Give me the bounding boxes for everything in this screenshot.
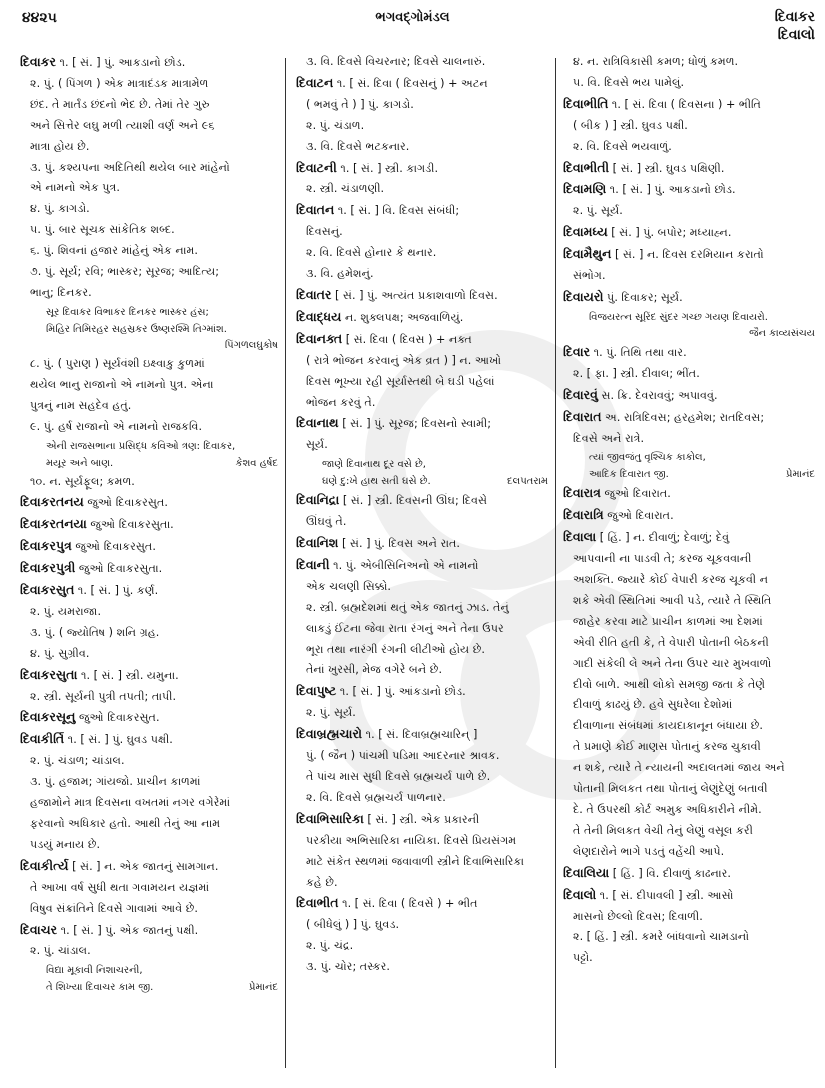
continuation-line: દીવાળાના સંબંધમાં કાયદાકાનૂન બંધાયા છે. bbox=[563, 716, 815, 737]
quote-text: આદિક દિવારાત જી. bbox=[589, 466, 669, 483]
headword: દિવાકરપુત્રી bbox=[20, 560, 75, 575]
continuation-line: ( બીક ) ] સ્ત્રી. ઘુવડ પક્ષી. bbox=[563, 116, 815, 137]
definition-text: [ સં. ] પું. બપોર; મધ્યાહ્ન. bbox=[608, 226, 732, 239]
continuation-line: લેણદારોને ભાગે પડતું વહેંચી આપે. bbox=[563, 842, 815, 863]
citation-line: ઘણે દુ:ખે હાથ સતી ઘસે છે.દલપતરામ bbox=[296, 473, 548, 490]
definition-text: ૧. [ સં. દિવા ( દિવસનું ) + અટન bbox=[333, 77, 487, 90]
sense-line: ૫. વિ. દિવસે ભય પામેલું. bbox=[563, 73, 815, 94]
dictionary-entry: દિવાકરતનય જુઓ દિવાકરસુત. bbox=[20, 492, 278, 514]
citation-line: આદિક દિવારાત જી.પ્રેમાનંદ bbox=[563, 466, 815, 483]
continuation-line: પરકીયા અભિસારિકા નાયિકા. દિવસે પ્રિયસંગમ bbox=[296, 831, 548, 852]
sense-line: ૪. પું. સુગ્રીવ. bbox=[20, 644, 278, 665]
dictionary-entry: દિવાકરપુત્રી જુઓ દિવાકરસુતા. bbox=[20, 558, 278, 580]
citation-source: પિંગળલઘુકોષ bbox=[20, 338, 278, 354]
continuation-line: હજામોને માત્ર દિવસના વખતમાં નગર વગેરેમાં bbox=[20, 793, 278, 814]
dictionary-entry: દિવાચર ૧. [ સં. ] પું. એક જાતનું પક્ષી. bbox=[20, 920, 278, 942]
definition-text: ૧. [ સં. ] પું. આકડાનો છોડ. bbox=[56, 56, 185, 69]
definition-text: જુઓ દિવાકરસુત. bbox=[72, 540, 156, 553]
headword: દિવાકીર્ત્ય bbox=[20, 858, 69, 873]
citation-line: મયૂર અને બાણ.કેશવ હર્ષદ bbox=[20, 455, 278, 472]
continuation-line: એવી રીતિ હતી કે, તે વેપારી પોતાની બેઠકની bbox=[563, 633, 815, 654]
citation-source: દલપતરામ bbox=[507, 473, 548, 490]
definition-text: ૧. [ સં. દિવાબ્રહ્મચારિન્ ] bbox=[362, 728, 477, 741]
sense-line: ૨. સ્ત્રી. સૂર્યની પુત્રી તપતી; તાપી. bbox=[20, 687, 278, 708]
sense-line: ૩. પું. કશ્યપના અદિતિથી થયેલ બાર માંહેનો bbox=[20, 158, 278, 179]
sense-line: ૨. પું. સૂર્ય. bbox=[563, 201, 815, 222]
dictionary-entry: દિવારાત્ર જુઓ દિવારાત. bbox=[563, 483, 815, 505]
continuation-line: તે પ્રમાણે કોઈ માણસ પોતાનું કરજ ચુકાવી bbox=[563, 737, 815, 758]
definition-text: જુઓ દિવાકરસુત. bbox=[84, 496, 168, 509]
headword: દિવાની bbox=[296, 557, 330, 572]
headword: દિવારાત bbox=[563, 409, 601, 424]
continuation-line: ન શકે, ત્યારે તે ન્યાયની અદાલતમાં જાય અન… bbox=[563, 758, 815, 779]
headword: દિવાબ્રહ્મચારો bbox=[296, 726, 362, 741]
dictionary-entry: દિવારાત અ. રાત્રિદિવસ; હરહમેશ; રાતદિવસ; bbox=[563, 407, 815, 429]
continuation-line: તે પાંચ માસ સુધી દિવસે બ્રહ્મચર્ય પાળે છ… bbox=[296, 767, 548, 788]
headword: દિવાલિયા bbox=[563, 865, 609, 880]
headword: દિવાકરસુતા bbox=[20, 667, 77, 682]
quote-line: જાણે દિવાનાથ દૂર વસે છે, bbox=[296, 456, 548, 473]
definition-text: [ હિં. ] વિ. દીવાળું કાઢનાર. bbox=[609, 867, 731, 880]
continuation-line: ( રાત્રે ભોજન કરવાનું એક વ્રત ) ] ન. આખો bbox=[296, 351, 548, 372]
definition-text: જુઓ દિવારાત. bbox=[604, 509, 674, 522]
continuation-line: માટે સંકેત સ્થળમાં જવાવાળી સ્ત્રીને દિવા… bbox=[296, 852, 548, 873]
dictionary-entry: દિવાબ્રહ્મચારો ૧. [ સં. દિવાબ્રહ્મચારિન્… bbox=[296, 724, 548, 746]
definition-text: જુઓ દિવાકરસુતા. bbox=[75, 562, 162, 575]
sense-line: ૨. પું. ચંડાળ; ચાંડાલ. bbox=[20, 751, 278, 772]
continuation-line: ( બીધેલું ) ] પું. ઘુવડ. bbox=[296, 915, 548, 936]
dictionary-entry: દિવાર ૧. પું. તિથિ તથા વાર. bbox=[563, 342, 815, 364]
sense-line: ૨. પું. ચંદ્ર. bbox=[296, 936, 548, 957]
dictionary-entry: દિવાકીર્તિ ૧. [ સં. ] પું. ઘુવડ પક્ષી. bbox=[20, 729, 278, 751]
headword: દિવાનક્ત bbox=[296, 331, 342, 346]
continuation-line: માસનો છેલ્લો દિવસ; દિવાળી. bbox=[563, 907, 815, 928]
column-divider bbox=[285, 58, 286, 1068]
sense-line: ૨. વિ. દિવસે ભયવાળું. bbox=[563, 137, 815, 158]
dictionary-entry: દિવાકરસુત ૧. [ સં. ] પું. કર્ણ. bbox=[20, 580, 278, 602]
continuation-line: વિષુવ સંક્રાંતિને દિવસે ગાવામાં આવે છે. bbox=[20, 899, 278, 920]
continuation-line: તે તેની મિલકત વેચી તેનું લેણું વસૂલ કરી bbox=[563, 821, 815, 842]
continuation-line: એક ચલણી સિક્કો. bbox=[296, 577, 548, 598]
quote-line: વિદ્યા મૂકાવી નિશાચરની, bbox=[20, 962, 278, 979]
dictionary-entry: દિવાનિદ્રા [ સં. ] સ્ત્રી. દિવસની ઊંઘ; દ… bbox=[296, 490, 548, 512]
continuation-line: જાહેર કરવા માટે પ્રાચીન કાળમાં આ દેશમાં bbox=[563, 612, 815, 633]
definition-text: [ સં. ] પું. અત્યંત પ્રકાશવાળો દિવસ. bbox=[331, 289, 497, 302]
column-2: ૩. વિ. દિવસે વિચરનાર; દિવસે ચાલનારું.દિવ… bbox=[296, 52, 548, 978]
headword: દિવાકરતનયા bbox=[20, 516, 87, 531]
citation-source: પ્રેમાનંદ bbox=[786, 466, 815, 483]
sense-line: ૪. ન. રાત્રિવિકાસી કમળ; ધોળું કમળ. bbox=[563, 52, 815, 73]
sense-line: ૭. પું. સૂર્ય; રવિ; ભાસ્કર; સૂરજ; આદિત્ય… bbox=[20, 262, 278, 283]
dictionary-entry: દિવાકીર્ત્ય [ સં. ] ન. એક જાતનું સામગાન. bbox=[20, 856, 278, 878]
sense-line: ૪. પું. કાગડો. bbox=[20, 199, 278, 220]
column-divider bbox=[555, 58, 556, 1068]
continuation-line: આપવાની ના પાડવી તે; કરજ ચૂકવવાની bbox=[563, 549, 815, 570]
definition-text: [ સં. દિવા ( દિવસ ) + નક્ત bbox=[342, 333, 472, 346]
sense-line: ૨. પું. ચંડાળ. bbox=[296, 116, 548, 137]
dictionary-entry: દિવાટન ૧. [ સં. દિવા ( દિવસનું ) + અટન bbox=[296, 73, 548, 95]
definition-text: ૧. [ સં. ] પું. કર્ણ. bbox=[74, 584, 158, 597]
definition-text: ૧. [ સં. ] સ્ત્રી. યમુના. bbox=[77, 669, 178, 682]
dictionary-entry: દિવાટની ૧. [ સં. ] સ્ત્રી. કાગડી. bbox=[296, 158, 548, 180]
definition-text: ૧. [ સં. ] પું. એક જાતનું પક્ષી. bbox=[57, 924, 198, 937]
continuation-line: ( ભમવું તે ) ] પું. કાગડો. bbox=[296, 95, 548, 116]
headword: દિવારાત્ર bbox=[563, 485, 601, 500]
dictionary-entry: દિવાપુષ્ટ ૧. [ સં. ] પું. આંકડાનો છોડ. bbox=[296, 681, 548, 703]
headword: દિવાભીતી bbox=[563, 160, 609, 175]
dictionary-entry: દિવાકરપુત્ર જુઓ દિવાકરસુત. bbox=[20, 536, 278, 558]
dictionary-entry: દિવાનાથ [ સં. ] પું. સૂરજ; દિવસનો સ્વામી… bbox=[296, 413, 548, 435]
headword: દિવામૈથુન bbox=[563, 246, 611, 261]
dictionary-entry: દિવાયરો પું. દિવાકર; સૂર્ય. bbox=[563, 287, 815, 309]
sense-line: ૩. પું. હજામ; ગાંયજો. પ્રાચીન કાળમાં bbox=[20, 772, 278, 793]
dictionary-entry: દિવાકર ૧. [ સં. ] પું. આકડાનો છોડ. bbox=[20, 52, 278, 74]
sense-line: ૯. પું. હર્ષ રાજાનો એ નામનો રાજકવિ. bbox=[20, 417, 278, 438]
column-1: દિવાકર ૧. [ સં. ] પું. આકડાનો છોડ.૨. પું… bbox=[20, 52, 278, 996]
headword: દિવાનિદ્રા bbox=[296, 492, 339, 507]
headword: દિવાભીત bbox=[296, 895, 339, 910]
headword: દિવાદ્ધય bbox=[296, 309, 341, 324]
continuation-line: ભૂરા તથા નારંગી રંગની લીટીઓ હોય છે. bbox=[296, 640, 548, 661]
continuation-line: કહે છે. bbox=[296, 873, 548, 894]
dictionary-entry: દિવાલિયા [ હિં. ] વિ. દીવાળું કાઢનાર. bbox=[563, 863, 815, 885]
dictionary-entry: દિવાતર [ સં. ] પું. અત્યંત પ્રકાશવાળો દિ… bbox=[296, 285, 548, 307]
definition-text: [ સં. ] ન. એક જાતનું સામગાન. bbox=[69, 860, 219, 873]
quote-text: મયૂર અને બાણ. bbox=[46, 455, 113, 472]
headword: દિવાનાથ bbox=[296, 415, 339, 430]
guide-word-last: દિવાલો bbox=[775, 26, 815, 44]
continuation-line: થયેલ ભાનુ રાજાનો એ નામનો પુત્ર. એના bbox=[20, 375, 278, 396]
definition-text: [ સં. ] પું. દિવસ અને રાત. bbox=[338, 537, 460, 550]
headword: દિવાભિસારિકા bbox=[296, 811, 364, 826]
sense-line: ૬. પું. શિવનાં હજાર માંહેનું એક નામ. bbox=[20, 241, 278, 262]
column-3: ૪. ન. રાત્રિવિકાસી કમળ; ધોળું કમળ.૫. વિ.… bbox=[563, 52, 815, 969]
continuation-line: પું. ( જૈન ) પાંચમી પડિમા આદરનાર શ્રાવક. bbox=[296, 746, 548, 767]
headword: દિવાટન bbox=[296, 75, 333, 90]
definition-text: ૧. [ સં. ] વિ. દિવસ સંબંધી; bbox=[334, 204, 459, 217]
dictionary-entry: દિવામૈથુન [ સં. ] ન. દિવસ દરમિયાન કરાતો bbox=[563, 244, 815, 266]
continuation-line: તે આખા વર્ષ સુધી થતા ગવામયન યજ્ઞમાં bbox=[20, 878, 278, 899]
sense-line: ૩. વિ. દિવસે વિચરનાર; દિવસે ચાલનારું. bbox=[296, 52, 548, 73]
headword: દિવામણિ bbox=[563, 181, 606, 196]
dictionary-entry: દિવાની ૧. પું. એબીસિનિઅનો એ નામનો bbox=[296, 555, 548, 577]
definition-text: સ. ક્રિ. દેવરાવવું; અપાવવું. bbox=[598, 389, 718, 402]
sense-line: ૨. સ્ત્રી. બ્રહ્મદેશમાં થતું એક જાતનું ઝ… bbox=[296, 598, 548, 619]
continuation-line: સંભોગ. bbox=[563, 266, 815, 287]
citation-line: તે શિખ્યા દિવાચર કામ જી.પ્રેમાનંદ bbox=[20, 979, 278, 996]
dictionary-entry: દિવારાત્રિ જુઓ દિવારાત. bbox=[563, 505, 815, 527]
continuation-line: એ નામનો એક પુત્ર. bbox=[20, 178, 278, 199]
quote-line: મિહિર તિમિરહર સહસ્રકર ઉષ્ણરશ્મિ તિગ્માંશ… bbox=[20, 321, 278, 338]
continuation-line: સૂર્ય. bbox=[296, 435, 548, 456]
continuation-line: તેનાં ખુરસી, મેજ વગેરે બને છે. bbox=[296, 660, 548, 681]
sense-line: ૨. પું. યમરાજા. bbox=[20, 602, 278, 623]
dictionary-entry: દિવામણિ ૧. [ સં. ] પું. આકડાનો છોડ. bbox=[563, 179, 815, 201]
definition-text: [ સં. ] સ્ત્રી. એક પ્રકારની bbox=[364, 813, 479, 826]
dictionary-entry: દિવારવું સ. ક્રિ. દેવરાવવું; અપાવવું. bbox=[563, 385, 815, 407]
dictionary-entry: દિવાકરતનયા જુઓ દિવાકરસુતા. bbox=[20, 514, 278, 536]
headword: દિવાકીર્તિ bbox=[20, 731, 64, 746]
continuation-line: દિવસનું. bbox=[296, 222, 548, 243]
continuation-line: દિવસ ભૂખ્યા રહી સૂર્યાસ્તથી બે ઘડી પહેલા… bbox=[296, 372, 548, 393]
dictionary-entry: દિવાભીત ૧. [ સં. દિવા ( દિવસે ) + ભીત bbox=[296, 893, 548, 915]
citation-source: પ્રેમાનંદ bbox=[249, 979, 278, 996]
headword: દિવાતર bbox=[296, 287, 331, 302]
sense-line: ૩. વિ. હમેશનું. bbox=[296, 264, 548, 285]
definition-text: [ સં. ] ન. દિવસ દરમિયાન કરાતો bbox=[611, 248, 763, 261]
definition-text: ૧. [ સં. દીપાવલી ] સ્ત્રી. આસો bbox=[596, 889, 733, 902]
continuation-line: પોતાની મિલકત તથા પોતાનું લેણુંદેણું બતાવ… bbox=[563, 779, 815, 800]
sense-line: ૨. વિ. દિવસે બ્રહ્મચર્ય પાળનાર. bbox=[296, 788, 548, 809]
continuation-line: ઊંઘવું તે. bbox=[296, 512, 548, 533]
headword: દિવાયરો bbox=[563, 289, 604, 304]
headword: દિવાપુષ્ટ bbox=[296, 683, 336, 698]
dictionary-entry: દિવાદ્ધય ન. શુક્લપક્ષ; અજવાળિયું. bbox=[296, 307, 548, 329]
definition-text: ૧. [ સં. ] પું. આંકડાનો છોડ. bbox=[336, 685, 465, 698]
headword: દિવારવું bbox=[563, 387, 598, 402]
dictionary-entry: દિવામધ્ય [ સં. ] પું. બપોર; મધ્યાહ્ન. bbox=[563, 222, 815, 244]
headword: દિવાભીતિ bbox=[563, 96, 608, 111]
dictionary-entry: દિવાલા [ હિં. ] ન. દીવાળું; દેવાળું; દેવ… bbox=[563, 527, 815, 549]
sense-line: ૩. પું. ચોર; તસ્કર. bbox=[296, 957, 548, 978]
definition-text: ન. શુક્લપક્ષ; અજવાળિયું. bbox=[341, 311, 463, 324]
dictionary-entry: દિવાભીતિ ૧. [ સં. દિવા ( દિવસના ) + ભીતિ bbox=[563, 94, 815, 116]
citation-source: કેશવ હર્ષદ bbox=[236, 455, 278, 472]
page-header: ૪૪૨૫ ભગવદ્ગોમંડલ દિવાકર દિવાલો bbox=[0, 0, 825, 54]
headword: દિવાકરતનય bbox=[20, 494, 84, 509]
headword: દિવાકરસુત bbox=[20, 582, 74, 597]
definition-text: ૧. [ સં. ] પું. ઘુવડ પક્ષી. bbox=[64, 733, 173, 746]
dictionary-entry: દિવાકરસૂનુ જુઓ દિવાકરસુત. bbox=[20, 707, 278, 729]
running-title: ભગવદ્ગોમંડલ bbox=[0, 10, 825, 25]
continuation-line: શકે એવી સ્થિતિમાં આવી પડે, ત્યારે તે સ્થ… bbox=[563, 591, 815, 612]
continuation-line: અને સિત્તેર લઘુ મળી ત્યાશી વર્ણ અને ૯૬ bbox=[20, 116, 278, 137]
definition-text: જુઓ દિવારાત. bbox=[601, 487, 671, 500]
headword: દિવાતન bbox=[296, 202, 334, 217]
dictionary-entry: દિવાલો ૧. [ સં. દીપાવલી ] સ્ત્રી. આસો bbox=[563, 885, 815, 907]
continuation-line: ગાદી સંકેલી લે અને તેના ઉપર ચાર મુખવાળો bbox=[563, 654, 815, 675]
headword: દિવાનિશ bbox=[296, 535, 338, 550]
headword: દિવાચર bbox=[20, 922, 57, 937]
quote-line: ત્યાં જીવજંતુ વૃશ્ચિક કાકોલ, bbox=[563, 449, 815, 466]
continuation-line: દીવો બાળે. આથી લોકો સમજી જતા કે તેણે bbox=[563, 675, 815, 696]
headword: દિવાકરસૂનુ bbox=[20, 709, 75, 724]
definition-text: ૧. [ સં. દિવા ( દિવસના ) + ભીતિ bbox=[608, 98, 761, 111]
dictionary-entry: દિવાનિશ [ સં. ] પું. દિવસ અને રાત. bbox=[296, 533, 548, 555]
dictionary-entry: દિવાભીતી [ સં. ] સ્ત્રી. ઘુવડ પક્ષિણી. bbox=[563, 158, 815, 180]
dictionary-entry: દિવાભિસારિકા [ સં. ] સ્ત્રી. એક પ્રકારની bbox=[296, 809, 548, 831]
continuation-line: અશક્તિ. જ્યારે કોઈ વેપારી કરજ ચૂકવી ન bbox=[563, 570, 815, 591]
headword: દિવાટની bbox=[296, 160, 337, 175]
headword: દિવાલા bbox=[563, 529, 596, 544]
headword: દિવાકરપુત્ર bbox=[20, 538, 72, 553]
quote-text: તે શિખ્યા દિવાચર કામ જી. bbox=[46, 979, 153, 996]
sense-line: ૨. [ ફા. ] સ્ત્રી. દીવાલ; ભીંત. bbox=[563, 364, 815, 385]
headword: દિવાકર bbox=[20, 54, 56, 69]
quote-line: સૂર દિવાકર વિભાકર દિનકર ભાસ્કર હંસ; bbox=[20, 304, 278, 321]
definition-text: ૧. પું. તિથિ તથા વાર. bbox=[590, 346, 686, 359]
sense-line: ૨. [ હિં. ] સ્ત્રી. કમરે બાંધવાનો ચામડાન… bbox=[563, 927, 815, 948]
sense-line: ૩. પું. ( જ્યોતિષ ) શનિ ગ્રહ. bbox=[20, 623, 278, 644]
definition-text: પું. દિવાકર; સૂર્ય. bbox=[604, 291, 683, 304]
definition-text: [ હિં. ] ન. દીવાળું; દેવાળું; દેવું bbox=[596, 531, 729, 544]
definition-text: ૧. [ સં. ] પું. આકડાનો છોડ. bbox=[606, 183, 735, 196]
sense-line: ૨. વિ. દિવસે હોનાર કે થનાર. bbox=[296, 243, 548, 264]
quote-line: એની રાજસભાના પ્રસિદ્ધ કવિઓ ત્રણ: દિવાકર, bbox=[20, 438, 278, 455]
definition-text: [ સં. ] સ્ત્રી. ઘુવડ પક્ષિણી. bbox=[609, 162, 724, 175]
quote-text: ઘણે દુ:ખે હાથ સતી ઘસે છે. bbox=[322, 473, 431, 490]
definition-text: જુઓ દિવાકરસુતા. bbox=[87, 518, 174, 531]
continuation-line: છંદ. તે માર્તંડ છંદનો ભેદ છે. તેમાં તેર … bbox=[20, 95, 278, 116]
quote-line: વિજયરત્ન સૂરિંદ સુંદર ગચ્છ ગયણ દિવાયરો. bbox=[563, 309, 815, 326]
dictionary-entry: દિવાકરસુતા ૧. [ સં. ] સ્ત્રી. યમુના. bbox=[20, 665, 278, 687]
continuation-line: પડયું મનાય છે. bbox=[20, 835, 278, 856]
continuation-line: ભાનુ; દિનકર. bbox=[20, 283, 278, 304]
headword: દિવાર bbox=[563, 344, 590, 359]
sense-line: ૫. પું. બાર સૂચક સાંકેતિક શબ્દ. bbox=[20, 220, 278, 241]
definition-text: [ સં. ] પું. સૂરજ; દિવસનો સ્વામી; bbox=[339, 417, 491, 430]
sense-line: ૨. પું. ( પિંગળ ) એક માત્રાદંડક માત્રામે… bbox=[20, 74, 278, 95]
dictionary-entry: દિવાતન ૧. [ સં. ] વિ. દિવસ સંબંધી; bbox=[296, 200, 548, 222]
definition-text: ૧. [ સં. દિવા ( દિવસે ) + ભીત bbox=[339, 897, 478, 910]
continuation-line: દીવાળું કાઢયું છે. હવે સુધરેલા દેશોમાં bbox=[563, 695, 815, 716]
guide-word-first: દિવાકર bbox=[775, 8, 815, 26]
definition-text: ૧. પું. એબીસિનિઅનો એ નામનો bbox=[330, 559, 479, 572]
definition-text: ૧. [ સં. ] સ્ત્રી. કાગડી. bbox=[337, 162, 438, 175]
sense-line: ૩. વિ. દિવસે ભટકનાર. bbox=[296, 137, 548, 158]
sense-line: ૧૦. ન. સૂર્યફૂલ; કમળ. bbox=[20, 472, 278, 493]
sense-line: ૨. પું. ચાંડાલ. bbox=[20, 941, 278, 962]
continuation-line: પટ્ટો. bbox=[563, 948, 815, 969]
definition-text: [ સં. ] સ્ત્રી. દિવસની ઊંઘ; દિવસે bbox=[339, 494, 487, 507]
sense-line: ૨. સ્ત્રી. ચંડાળણી. bbox=[296, 179, 548, 200]
continuation-line: પુત્રનું નામ સહદેવ હતું. bbox=[20, 396, 278, 417]
dictionary-entry: દિવાનક્ત [ સં. દિવા ( દિવસ ) + નક્ત bbox=[296, 329, 548, 351]
headword: દિવારાત્રિ bbox=[563, 507, 604, 522]
continuation-line: દે. તે ઉપરથી કોર્ટ અમુક અધિકારીને નીમે. bbox=[563, 800, 815, 821]
headword: દિવામધ્ય bbox=[563, 224, 608, 239]
definition-text: જુઓ દિવાકરસુત. bbox=[75, 711, 159, 724]
continuation-line: લાકડું ઈંટના જેવા રાતા રંગનું અને તેના ઉ… bbox=[296, 619, 548, 640]
continuation-line: ભોજન કરવું તે. bbox=[296, 393, 548, 414]
continuation-line: દિવસે અને રાત્રે. bbox=[563, 429, 815, 450]
citation-source: જૈન કાવ્યસંચય bbox=[563, 326, 815, 342]
headword: દિવાલો bbox=[563, 887, 596, 902]
continuation-line: ફરવાનો અધિકાર હતો. આથી તેનું આ નામ bbox=[20, 814, 278, 835]
sense-line: ૨. પું. સૂર્ય. bbox=[296, 703, 548, 724]
guide-words: દિવાકર દિવાલો bbox=[775, 8, 815, 44]
sense-line: ૮. પું. ( પુરાણ ) સૂર્યવંશી ઇક્ષ્વાકુ કુ… bbox=[20, 354, 278, 375]
definition-text: અ. રાત્રિદિવસ; હરહમેશ; રાતદિવસ; bbox=[601, 411, 764, 424]
continuation-line: માત્રા હોય છે. bbox=[20, 137, 278, 158]
